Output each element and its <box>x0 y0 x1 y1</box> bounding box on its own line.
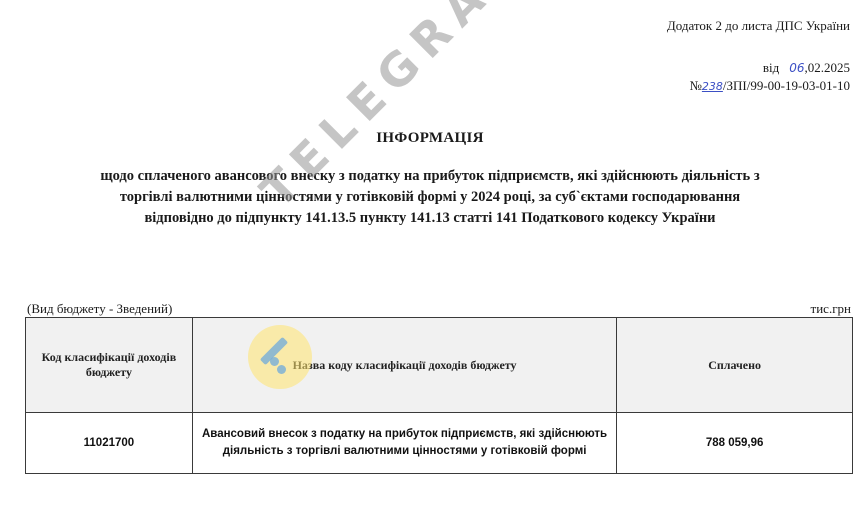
number-rest: /ЗПІ/99-00-19-03-01-10 <box>723 78 850 93</box>
table-header-row: Код класифікації доходів бюджету Назва к… <box>26 318 853 413</box>
cell-paid: 788 059,96 <box>617 413 853 474</box>
cell-code: 11021700 <box>26 413 193 474</box>
telegraf-logo-icon <box>248 325 312 389</box>
letter-date: від06,02.2025 <box>763 60 850 76</box>
document-subtitle: щодо сплаченого авансового внеску з пода… <box>0 166 860 229</box>
document-title: ІНФОРМАЦІЯ <box>0 130 860 147</box>
subtitle-line: торгівлі валютними цінностями у готівков… <box>0 187 860 208</box>
header-paid: Сплачено <box>617 318 853 413</box>
revenue-table: Код класифікації доходів бюджету Назва к… <box>25 317 853 474</box>
number-prefix: № <box>689 78 701 93</box>
handwritten-day: 06 <box>789 61 804 75</box>
appendix-label: Додаток 2 до листа ДПС України <box>667 18 850 34</box>
units-label: тис.грн <box>811 301 851 317</box>
letter-number: №238/ЗПІ/99-00-19-03-01-10 <box>689 78 850 94</box>
subtitle-line: щодо сплаченого авансового внеску з пода… <box>0 166 860 187</box>
subtitle-line: відповідно до підпункту 141.13.5 пункту … <box>0 208 860 229</box>
table-row: 11021700 Авансовий внесок з податку на п… <box>26 413 853 474</box>
handwritten-number: 238 <box>702 80 723 93</box>
header-code: Код класифікації доходів бюджету <box>26 318 193 413</box>
date-prefix: від <box>763 60 779 75</box>
date-rest: ,02.2025 <box>805 60 851 75</box>
budget-type-label: (Вид бюджету - Зведений) <box>27 301 172 317</box>
cell-name: Авансовий внесок з податку на прибуток п… <box>192 413 616 474</box>
